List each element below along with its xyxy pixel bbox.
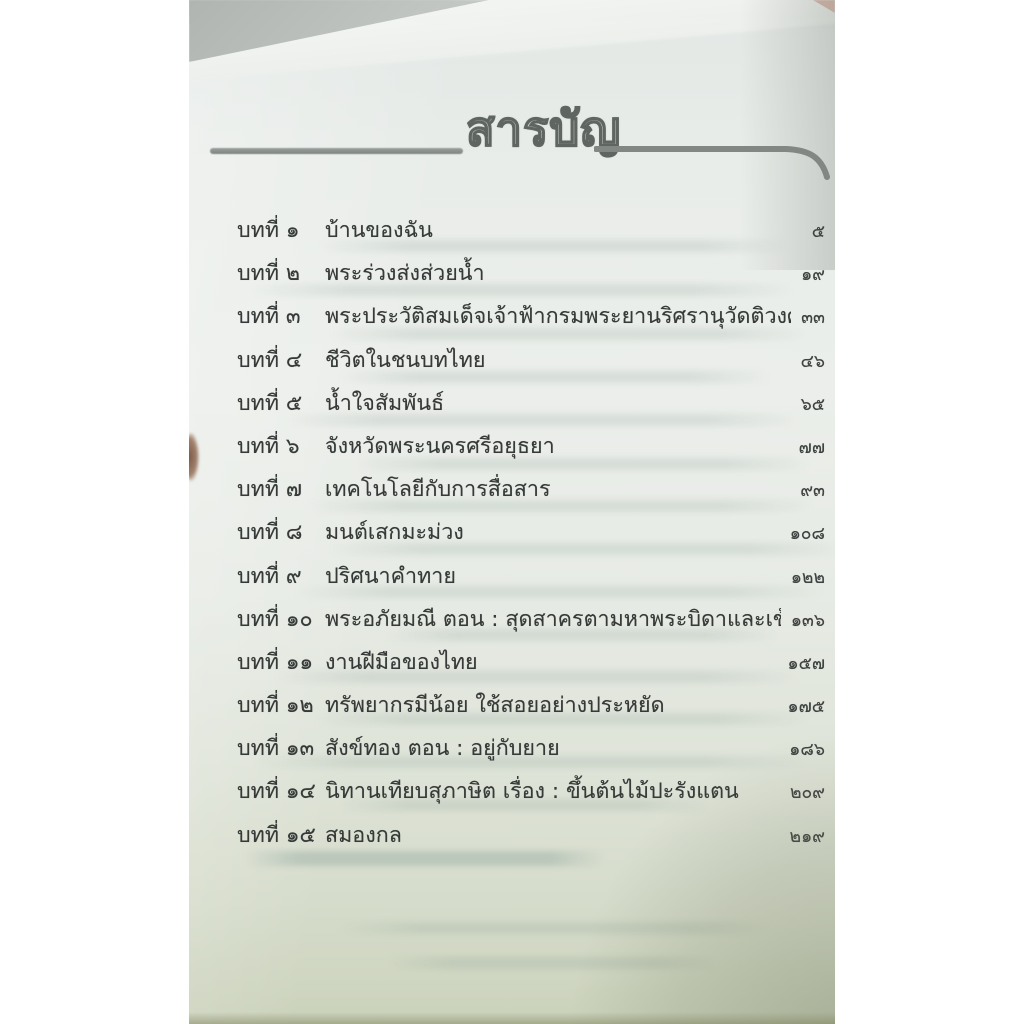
- toc-entry: บทที่ ๓ พระประวัติสมเด็จเจ้าฟ้ากรมพระยาน…: [237, 299, 825, 342]
- chapter-number: บทที่ ๓: [237, 299, 325, 333]
- toc-entry: บทที่ ๕ น้ำใจสัมพันธ์ ๖๕: [237, 386, 825, 429]
- title-rule-right: [594, 140, 834, 180]
- book-page: สารบัญ บทที่ ๑ บ้านของฉัน ๕ บทที่ ๒ พระร…: [189, 0, 835, 1024]
- toc-entry: บทที่ ๘ มนต์เสกมะม่วง ๑๐๘: [237, 515, 825, 558]
- chapter-number: บทที่ ๘: [237, 515, 325, 549]
- chapter-number: บทที่ ๖: [237, 429, 325, 463]
- chapter-number: บทที่ ๑๒: [237, 688, 325, 722]
- chapter-page-number: ๓๓: [791, 303, 825, 331]
- chapter-page-number: ๖๕: [791, 390, 825, 418]
- chapter-title: เทคโนโลยีกับการสื่อสาร: [325, 472, 551, 506]
- chapter-number: บทที่ ๑๓: [237, 731, 325, 765]
- title-block: สารบัญ: [189, 96, 835, 188]
- chapter-page-number: ๗๗: [789, 433, 825, 461]
- chapter-number: บทที่ ๔: [237, 343, 325, 377]
- toc-entry: บทที่ ๑ บ้านของฉัน ๕: [237, 213, 825, 256]
- bottom-right-shadow: [515, 584, 835, 1024]
- chapter-title: จังหวัดพระนครศรีอยุธยา: [325, 429, 555, 463]
- chapter-title: มนต์เสกมะม่วง: [325, 515, 464, 549]
- chapter-page-number: ๑๙: [791, 260, 825, 288]
- toc-entry: บทที่ ๗ เทคโนโลยีกับการสื่อสาร ๙๓: [237, 472, 825, 515]
- chapter-page-number: ๑๐๘: [780, 519, 825, 547]
- chapter-page-number: ๔๖: [791, 347, 825, 375]
- chapter-number: บทที่ ๑: [237, 213, 325, 247]
- chapter-title: ชีวิตในชนบทไทย: [325, 343, 486, 377]
- chapter-page-number: ๕: [802, 217, 825, 245]
- chapter-title: น้ำใจสัมพันธ์: [325, 386, 444, 420]
- chapter-title: บ้านของฉัน: [325, 213, 433, 247]
- chapter-number: บทที่ ๗: [237, 472, 325, 506]
- chapter-title: พระร่วงส่งส่วยน้ำ: [325, 256, 485, 290]
- chapter-number: บทที่ ๑๔: [237, 774, 325, 808]
- chapter-number: บทที่ ๙: [237, 559, 325, 593]
- chapter-number: บทที่ ๑๐: [237, 602, 325, 636]
- chapter-title: งานฝีมือของไทย: [325, 645, 478, 679]
- chapter-title: พระประวัติสมเด็จเจ้าฟ้ากรมพระยานริศรานุว…: [325, 299, 791, 333]
- chapter-number: บทที่ ๕: [237, 386, 325, 420]
- toc-entry: บทที่ ๔ ชีวิตในชนบทไทย ๔๖: [237, 343, 825, 386]
- chapter-title: สมองกล: [325, 818, 402, 852]
- toc-entry: บทที่ ๖ จังหวัดพระนครศรีอยุธยา ๗๗: [237, 429, 825, 472]
- title-rule-left: [210, 148, 463, 154]
- scanned-book-photo: สารบัญ บทที่ ๑ บ้านของฉัน ๕ บทที่ ๒ พระร…: [0, 0, 1024, 1024]
- chapter-page-number: ๙๓: [790, 476, 825, 504]
- chapter-number: บทที่ ๑๑: [237, 645, 325, 679]
- left-edge-smudge: [189, 433, 199, 481]
- toc-entry: บทที่ ๒ พระร่วงส่งส่วยน้ำ ๑๙: [237, 256, 825, 299]
- bottom-edge-shadow: [189, 1012, 835, 1024]
- chapter-title: ปริศนาคำทาย: [325, 559, 456, 593]
- chapter-number: บทที่ ๒: [237, 256, 325, 290]
- chapter-number: บทที่ ๑๕: [237, 818, 325, 852]
